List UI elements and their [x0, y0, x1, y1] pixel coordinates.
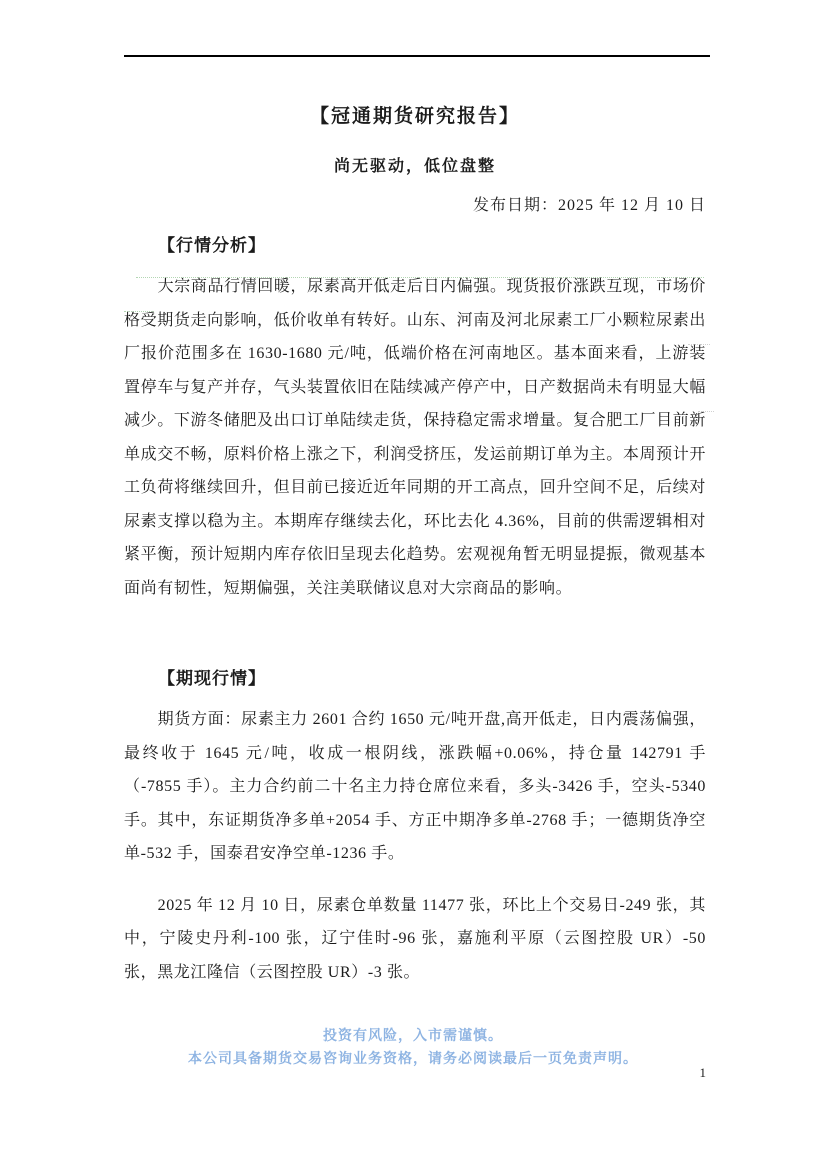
report-subtitle: 尚无驱动，低位盘整 [124, 156, 706, 178]
page-number: 1 [700, 1064, 707, 1082]
section-heading-futures-spot: 【期现行情】 [124, 667, 706, 690]
artifact-dotted-line [136, 277, 704, 278]
market-analysis-paragraph: 大宗商品行情回暖，尿素高开低走后日内偏强。现货报价涨跌互现，市场价格受期货走向影… [124, 270, 706, 605]
report-content: 【冠通期货研究报告】 尚无驱动，低位盘整 发布日期：2025 年 12 月 10… [124, 0, 706, 989]
artifact-dotted-line [698, 411, 714, 412]
warehouse-receipt-paragraph: 2025 年 12 月 10 日，尿素仓单数量 11477 张，环比上个交易日-… [124, 889, 706, 990]
report-page: 【冠通期货研究报告】 尚无驱动，低位盘整 发布日期：2025 年 12 月 10… [0, 0, 826, 1169]
artifact-dotted-line [688, 344, 710, 345]
futures-position-paragraph: 期货方面：尿素主力 2601 合约 1650 元/吨开盘,高开低走，日内震荡偏强… [124, 703, 706, 871]
footer-risk-warning: 投资有风险，入市需谨慎。 [0, 1026, 826, 1049]
publish-date: 发布日期：2025 年 12 月 10 日 [124, 196, 706, 216]
report-title: 【冠通期货研究报告】 [124, 0, 706, 130]
artifact-dotted-line [124, 311, 154, 312]
section-heading-market-analysis: 【行情分析】 [124, 234, 706, 257]
